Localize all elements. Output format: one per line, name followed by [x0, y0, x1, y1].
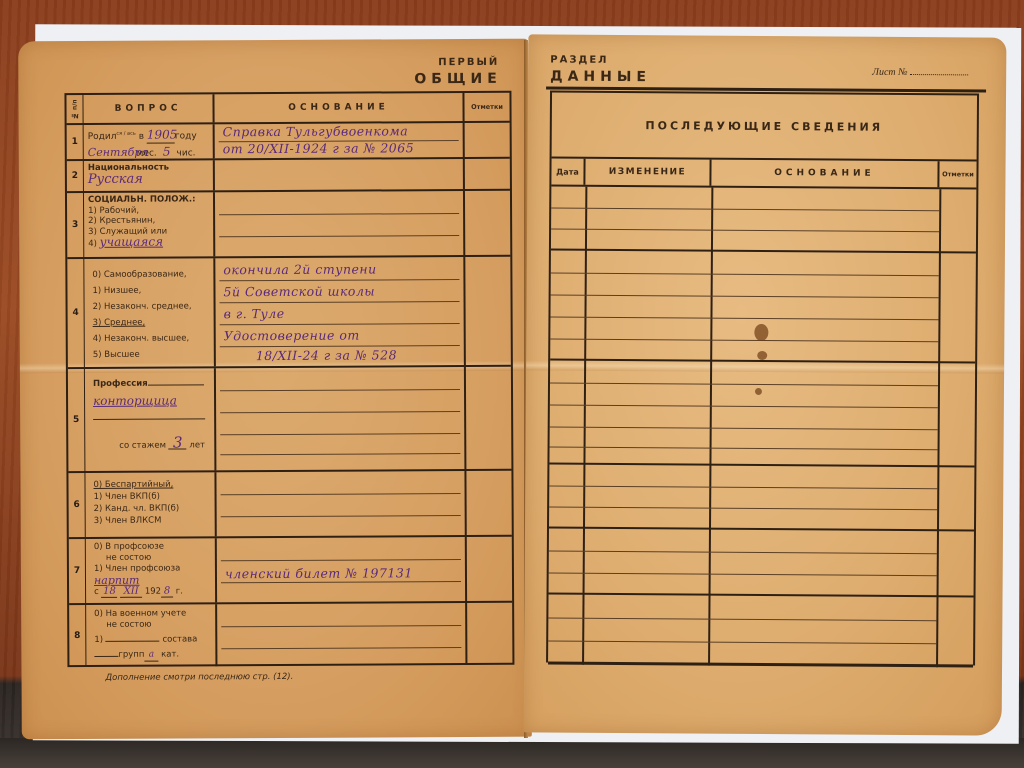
marks-cell: [467, 603, 512, 665]
birth-year-value: 1905: [147, 128, 175, 144]
right-page: РАЗДЕЛ ДАННЫЕ Лист № ПОСЛЕДУЮЩИЕ СВЕДЕНИ…: [524, 34, 1007, 735]
basis-cell: [216, 471, 466, 536]
table-row-trade-union: 7 0) В профсоюзе не состою 1) Член профс…: [69, 535, 512, 603]
marks-cell: [465, 257, 511, 365]
union-since-month: XII: [120, 586, 142, 598]
column-header-basis: ОСНОВАНИЕ: [711, 160, 937, 188]
table-row-birth: 1 Родился / ась в 1905году Сентября мес.…: [67, 121, 510, 159]
subsequent-info-rows: [548, 187, 976, 668]
table-row-profession: 5 Профессия конторщица со стажем 3 лет: [68, 365, 512, 471]
union-since-day: 18: [101, 586, 117, 598]
selected-education-option: 3) Среднее,: [93, 314, 210, 331]
nationality-value: Русская: [88, 173, 209, 185]
basis-handwriting: Справка Тульгубвоенкома: [223, 123, 409, 139]
basis-cell: окончила 2й ступени 5й Советской школы в…: [215, 257, 466, 366]
table-row: [551, 187, 976, 254]
subsequent-info-title: ПОСЛЕДУЮЩИЕ СВЕДЕНИЯ: [552, 93, 977, 160]
table-header-row: № п/п ВОПРОС ОСНОВАНИЕ Отметки: [66, 93, 509, 123]
column-header-number: № п/п: [71, 95, 78, 123]
column-header-marks: Отметки: [464, 93, 509, 121]
basis-handwriting: от 20/XII-1924 г за № 2065: [223, 140, 414, 156]
row-number: 2: [67, 161, 84, 191]
column-header-change: ИЗМЕНЕНИЕ: [585, 159, 709, 186]
marks-cell: [466, 471, 511, 535]
table-row: [549, 528, 974, 597]
marks-cell: [467, 537, 512, 601]
profession-label: Профессия: [93, 379, 148, 389]
column-header-marks: Отметки: [939, 161, 976, 187]
row-number: 3: [67, 193, 84, 257]
birth-year-line: Родился / ась в 1905году: [88, 126, 209, 145]
table-row-military-registration: 8 0) На военном учете не состою 1) соста…: [69, 601, 512, 667]
social-status-value: учащаяся: [100, 235, 163, 249]
marks-cell: [466, 367, 512, 469]
basis-handwriting: окончила 2й ступени: [223, 261, 376, 277]
table-row: [549, 360, 975, 467]
table-row-party-membership: 6 0) Беспартийный, 1) Член ВКП(б) 2) Кан…: [68, 469, 511, 537]
profession-value: конторщица: [93, 395, 210, 407]
ink-stain: [755, 388, 762, 395]
section-header-section: РАЗДЕЛ: [550, 54, 608, 65]
column-header-basis: ОСНОВАНИЕ: [214, 93, 462, 122]
subsequent-info-table: ПОСЛЕДУЮЩИЕ СВЕДЕНИЯ Дата ИЗМЕНЕНИЕ ОСНО…: [546, 90, 979, 665]
column-header-question: ВОПРОС: [83, 94, 212, 123]
section-header-first: ПЕРВЫЙ: [438, 57, 499, 68]
marks-cell: [465, 123, 510, 157]
row-number: 8: [69, 605, 86, 667]
basis-cell: Справка Тульгубвоенкома от 20/XII-1924 г…: [215, 123, 465, 158]
basis-cell: членский билет № 197131: [217, 537, 467, 602]
military-group-value: а: [144, 650, 158, 662]
basis-handwriting: членский билет № 197131: [225, 565, 413, 581]
row-number: 6: [68, 473, 85, 537]
table-row: [548, 594, 973, 667]
marks-cell: [465, 191, 510, 255]
table-row: [550, 251, 976, 364]
union-name-value: нарпит: [94, 574, 211, 586]
basis-cell: [216, 367, 467, 470]
general-data-table: № п/п ВОПРОС ОСНОВАНИЕ Отметки 1 Родился…: [64, 91, 514, 667]
column-header-date: Дата: [551, 159, 583, 185]
ink-stain: [754, 324, 768, 341]
basis-cell: [217, 603, 467, 666]
footnote: Дополнение смотри последнюю стр. (12).: [105, 672, 293, 683]
basis-handwriting: в г. Туле: [224, 306, 285, 321]
row-number: 4: [67, 259, 85, 367]
ink-stain: [757, 351, 767, 360]
section-header-general: ОБЩИЕ: [414, 71, 502, 87]
basis-cell: [215, 159, 465, 190]
basis-handwriting: 5й Советской школы: [223, 283, 375, 299]
sheet-number-field[interactable]: Лист №: [872, 67, 968, 79]
selected-party-option: 0) Беспартийный,: [93, 478, 210, 491]
table-row-education: 4 0) Самообразование, 1) Низшее, 2) Неза…: [67, 255, 511, 367]
table-row-social-status: 3 СОЦИАЛЬН. ПОЛОЖ.: 1) Рабочий, 2) Крест…: [67, 189, 510, 257]
table-row-nationality: 2 Национальность Русская: [67, 157, 510, 191]
table-header-row: Дата ИЗМЕНЕНИЕ ОСНОВАНИЕ Отметки: [551, 157, 976, 190]
experience-years-value: 3: [169, 437, 187, 449]
basis-cell: [215, 191, 465, 256]
row-number: 5: [68, 369, 86, 471]
section-header-data: ДАННЫЕ: [550, 68, 651, 85]
row-number: 7: [69, 539, 86, 603]
social-status-label: СОЦИАЛЬН. ПОЛОЖ.:: [88, 194, 209, 205]
basis-handwriting: 18/XII-24 г за № 528: [256, 347, 397, 363]
left-page: ПЕРВЫЙ ОБЩИЕ № п/п ВОПРОС ОСНОВАНИЕ Отме…: [18, 39, 532, 740]
basis-handwriting: Удостоверение от: [224, 328, 360, 344]
marks-cell: [465, 159, 510, 189]
table-row: [549, 464, 974, 531]
union-since-year-digit: 8: [161, 586, 173, 598]
row-number: 1: [67, 125, 84, 159]
